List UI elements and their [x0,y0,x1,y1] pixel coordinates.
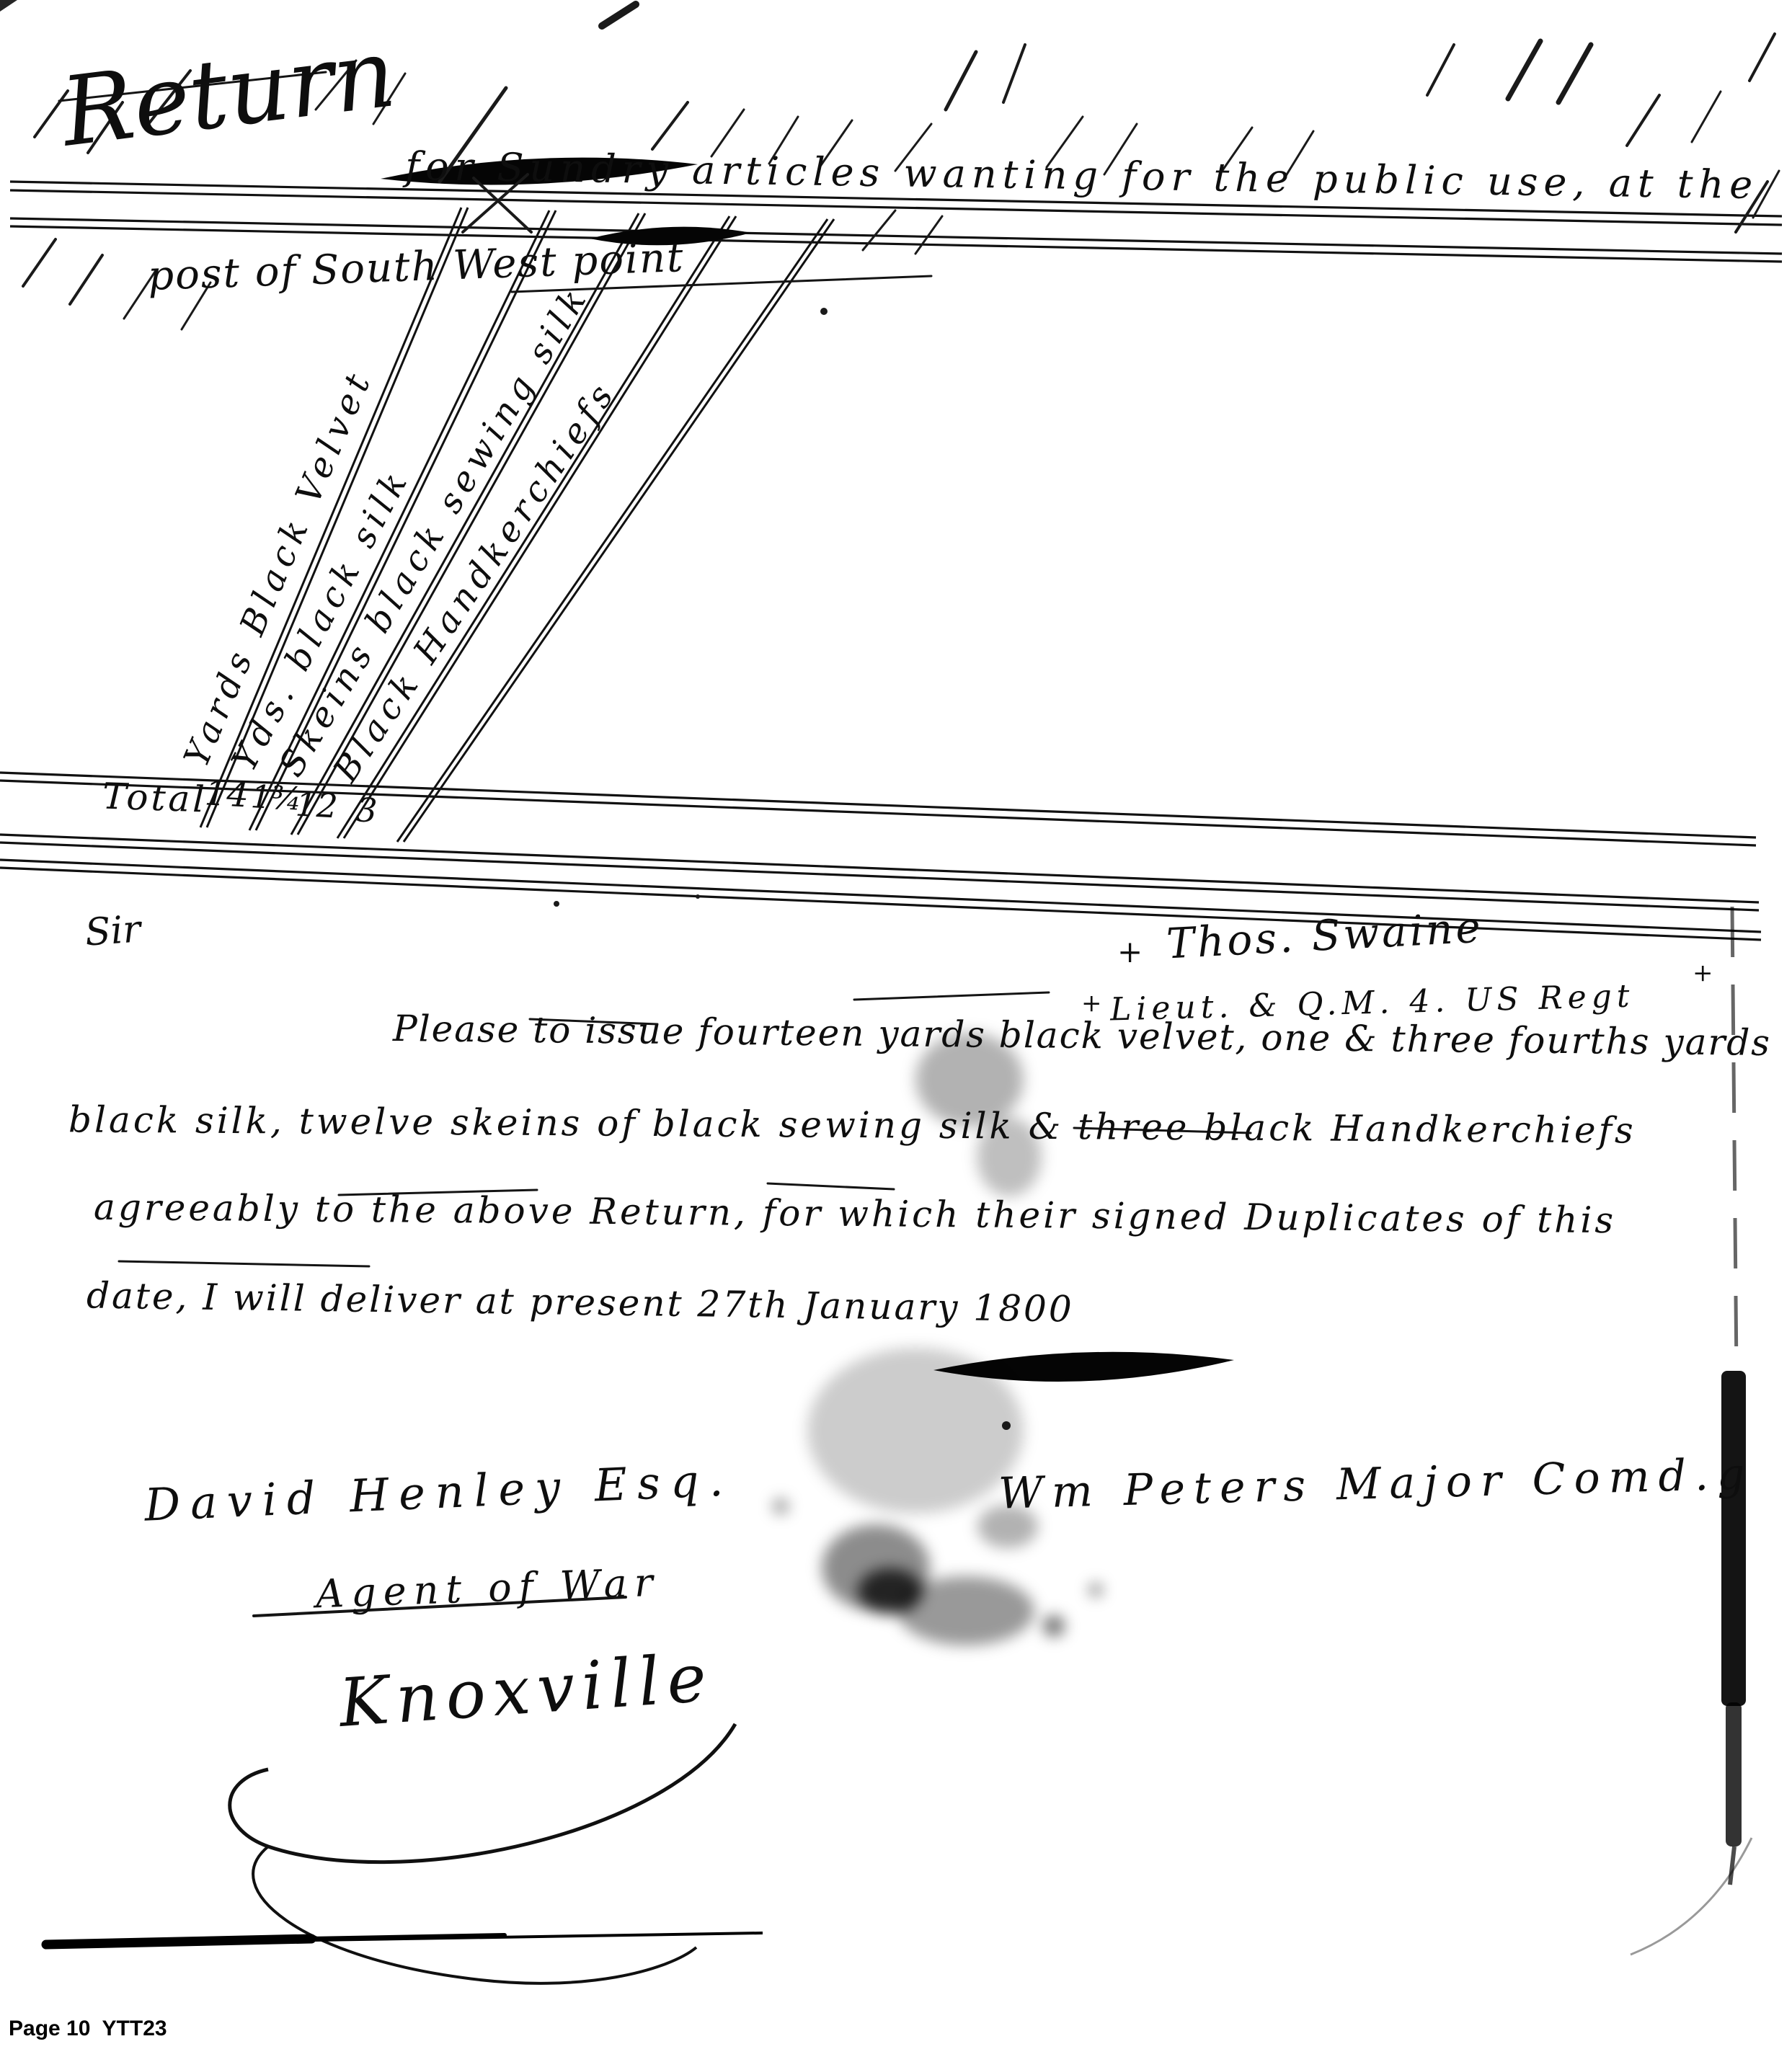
annotation-cross-mark: + [1117,934,1143,969]
scan-edge-artifacts [45,907,1752,1955]
letter-body-line: agreeably to the above Return, for which… [94,1186,1617,1241]
letter-salutation: Sir [84,907,142,954]
annotation-cross-mark: + [1693,959,1713,987]
table-total-value: 14 [204,773,250,815]
heading-title-word: Return [56,17,401,168]
addressee-title: Agent of War [315,1560,661,1617]
annotation-cross-mark: + [1081,989,1102,1018]
corner-scan-mark [0,0,17,12]
signature-flourish [230,1724,735,1983]
table-total-value: 3 [355,790,378,830]
letter-body-line: black silk, twelve skeins of black sewin… [68,1098,1636,1151]
scanned-document-page: Return for Sundry articles wanting for t… [0,0,1792,2062]
heading-line1: for Sundry articles wanting for the publ… [405,143,1759,208]
endorsement-name: Thos. Swaine [1166,903,1485,969]
addressee-name: David Henley Esq. [143,1453,735,1532]
addressee-place-signature: Knoxville [337,1639,716,1742]
table-column-header: Skeins black sewing silk [271,277,597,783]
commander-signature: Wm Peters Major Comd.g [998,1449,1754,1519]
letter-body-line: date, I will deliver at present 27th Jan… [87,1274,1074,1330]
pen-dashes [59,72,1251,1616]
page-footer-caption: Page 10 YTT23 [9,2017,167,2041]
table-total-label: Total [102,775,208,820]
heading-line2: post of South West point [147,234,685,300]
table-total-value: 12 [295,785,339,826]
